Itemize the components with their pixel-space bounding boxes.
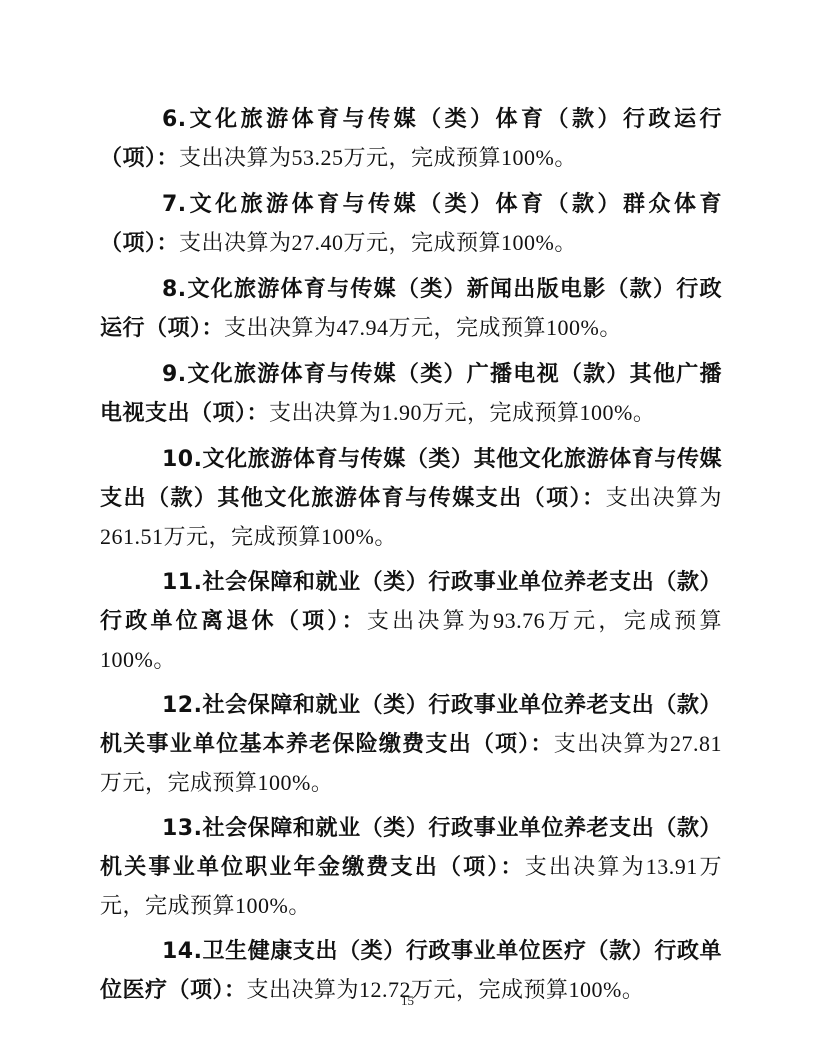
- paragraph: 13.社会保障和就业（类）行政事业单位养老支出（款）机关事业单位职业年金缴费支出…: [100, 809, 722, 925]
- paragraph: 11.社会保障和就业（类）行政事业单位养老支出（款）行政单位离退休（项）：支出决…: [100, 563, 722, 679]
- paragraph-body: 支出决算为53.25万元，完成预算100%。: [179, 145, 577, 170]
- paragraph: 10.文化旅游体育与传媒（类）其他文化旅游体育与传媒支出（款）其他文化旅游体育与…: [100, 440, 722, 556]
- paragraph-body: 支出决算为47.94万元，完成预算100%。: [224, 315, 622, 340]
- document-page: 6.文化旅游体育与传媒（类）体育（款）行政运行（项）：支出决算为53.25万元，…: [0, 0, 815, 1055]
- page-number: 15: [0, 993, 815, 1009]
- paragraph: 6.文化旅游体育与传媒（类）体育（款）行政运行（项）：支出决算为53.25万元，…: [100, 100, 722, 178]
- paragraph: 9.文化旅游体育与传媒（类）广播电视（款）其他广播电视支出（项）：支出决算为1.…: [100, 355, 722, 433]
- paragraph-body: 支出决算为27.40万元，完成预算100%。: [179, 230, 577, 255]
- document-body: 6.文化旅游体育与传媒（类）体育（款）行政运行（项）：支出决算为53.25万元，…: [100, 100, 722, 1017]
- paragraph-body: 支出决算为1.90万元，完成预算100%。: [269, 400, 655, 425]
- paragraph: 12.社会保障和就业（类）行政事业单位养老支出（款）机关事业单位基本养老保险缴费…: [100, 686, 722, 802]
- paragraph: 8.文化旅游体育与传媒（类）新闻出版电影（款）行政运行（项）：支出决算为47.9…: [100, 270, 722, 348]
- paragraph: 7.文化旅游体育与传媒（类）体育（款）群众体育（项）：支出决算为27.40万元，…: [100, 185, 722, 263]
